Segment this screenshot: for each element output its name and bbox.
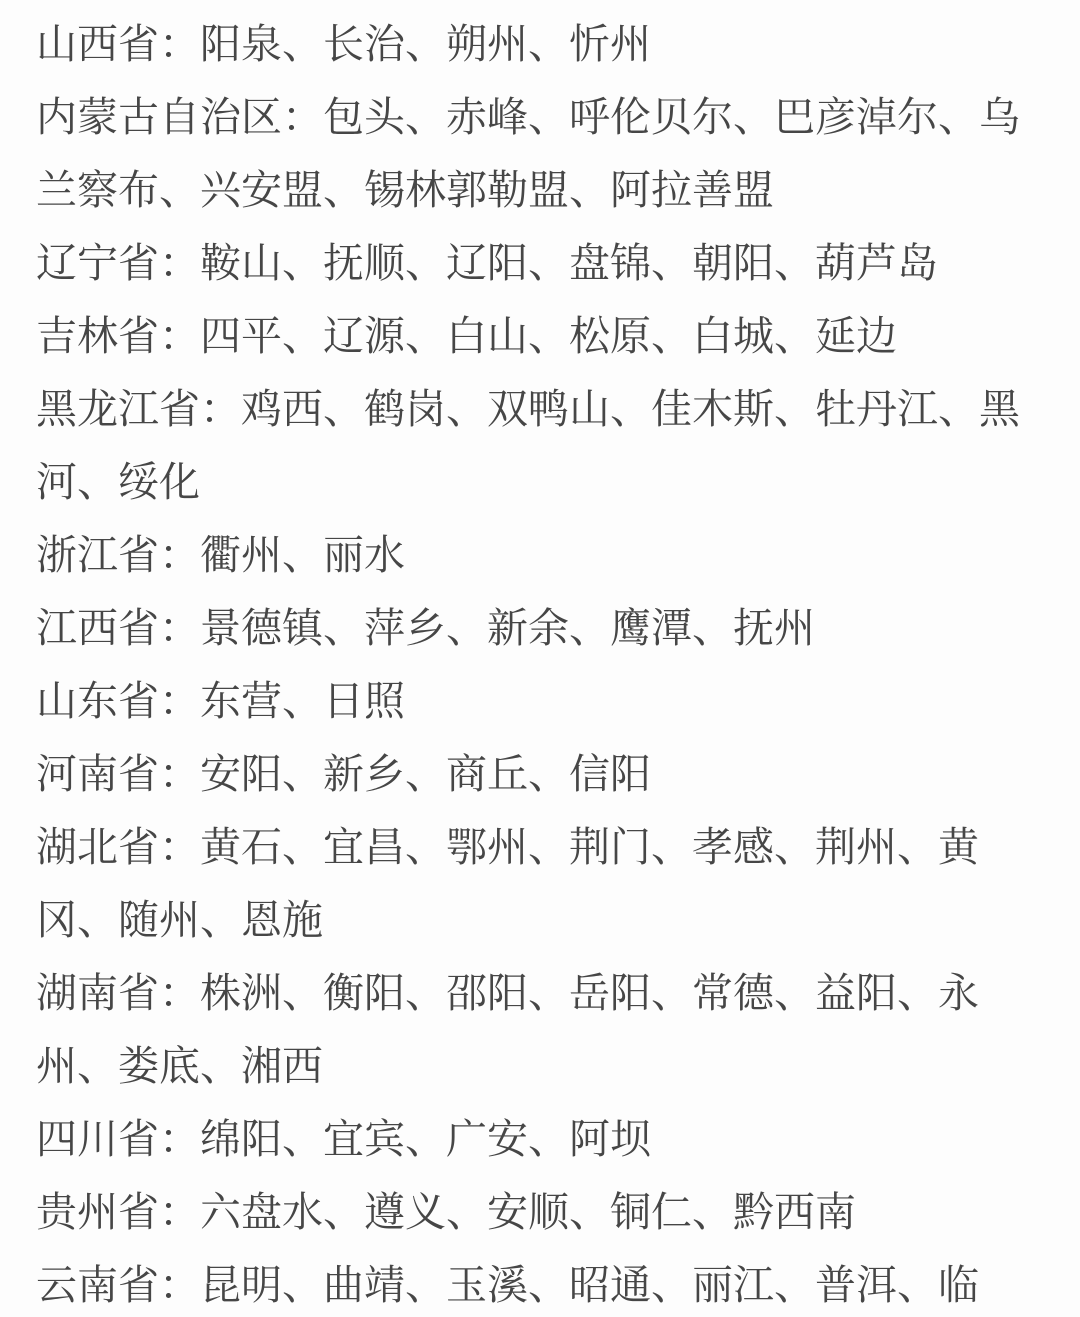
colon-separator: ： (159, 605, 200, 651)
city-list: 六盘水、遵义、安顺、铜仁、黔西南 (200, 1189, 856, 1235)
colon-separator: ： (159, 824, 200, 870)
city-list: 四平、辽源、白山、松原、白城、延边 (200, 313, 897, 359)
province-entry: 湖南省：株洲、衡阳、邵阳、岳阳、常德、益阳、永州、娄底、湘西 (36, 957, 1044, 1103)
province-entry: 吉林省：四平、辽源、白山、松原、白城、延边 (36, 300, 1044, 373)
province-entry: 黑龙江省：鸡西、鹤岗、双鸭山、佳木斯、牡丹江、黑河、绥化 (36, 373, 1044, 519)
province-entry: 河南省：安阳、新乡、商丘、信阳 (36, 738, 1044, 811)
city-list: 东营、日照 (200, 678, 405, 724)
province-name: 吉林省 (36, 313, 159, 359)
city-list: 衢州、丽水 (200, 532, 405, 578)
colon-separator: ： (159, 678, 200, 724)
province-entry: 浙江省：衢州、丽水 (36, 519, 1044, 592)
province-name: 江西省 (36, 605, 159, 651)
province-entry: 四川省：绵阳、宜宾、广安、阿坝 (36, 1103, 1044, 1176)
colon-separator: ： (159, 1116, 200, 1162)
colon-separator: ： (159, 970, 200, 1016)
colon-separator: ： (159, 1262, 200, 1308)
province-entry: 江西省：景德镇、萍乡、新余、鹰潭、抚州 (36, 592, 1044, 665)
province-name: 湖南省 (36, 970, 159, 1016)
province-entry: 山东省：东营、日照 (36, 665, 1044, 738)
colon-separator: ： (159, 21, 200, 67)
province-name: 云南省 (36, 1262, 159, 1308)
province-entry: 湖北省：黄石、宜昌、鄂州、荆门、孝感、荆州、黄冈、随州、恩施 (36, 811, 1044, 957)
colon-separator: ： (159, 313, 200, 359)
province-city-list: 山西省：阳泉、长治、朔州、忻州 内蒙古自治区：包头、赤峰、呼伦贝尔、巴彦淖尔、乌… (0, 0, 1080, 1317)
colon-separator: ： (159, 532, 200, 578)
province-name: 浙江省 (36, 532, 159, 578)
province-name: 辽宁省 (36, 240, 159, 286)
province-entry: 贵州省：六盘水、遵义、安顺、铜仁、黔西南 (36, 1176, 1044, 1249)
colon-separator: ： (200, 386, 241, 432)
province-name: 内蒙古自治区 (36, 94, 282, 140)
province-entry: 山西省：阳泉、长治、朔州、忻州 (36, 8, 1044, 81)
city-list: 昆明、曲靖、玉溪、昭通、丽江、普洱、临 (200, 1262, 979, 1308)
city-list: 阳泉、长治、朔州、忻州 (200, 21, 651, 67)
city-list: 鞍山、抚顺、辽阳、盘锦、朝阳、葫芦岛 (200, 240, 938, 286)
province-name: 黑龙江省 (36, 386, 200, 432)
city-list: 绵阳、宜宾、广安、阿坝 (200, 1116, 651, 1162)
province-entry: 云南省：昆明、曲靖、玉溪、昭通、丽江、普洱、临 (36, 1249, 1044, 1317)
province-entry: 辽宁省：鞍山、抚顺、辽阳、盘锦、朝阳、葫芦岛 (36, 227, 1044, 300)
province-name: 河南省 (36, 751, 159, 797)
province-entry: 内蒙古自治区：包头、赤峰、呼伦贝尔、巴彦淖尔、乌兰察布、兴安盟、锡林郭勒盟、阿拉… (36, 81, 1044, 227)
province-name: 四川省 (36, 1116, 159, 1162)
province-name: 湖北省 (36, 824, 159, 870)
province-name: 山西省 (36, 21, 159, 67)
province-name: 山东省 (36, 678, 159, 724)
colon-separator: ： (159, 1189, 200, 1235)
city-list: 景德镇、萍乡、新余、鹰潭、抚州 (200, 605, 815, 651)
colon-separator: ： (159, 240, 200, 286)
colon-separator: ： (282, 94, 323, 140)
province-name: 贵州省 (36, 1189, 159, 1235)
colon-separator: ： (159, 751, 200, 797)
city-list: 安阳、新乡、商丘、信阳 (200, 751, 651, 797)
